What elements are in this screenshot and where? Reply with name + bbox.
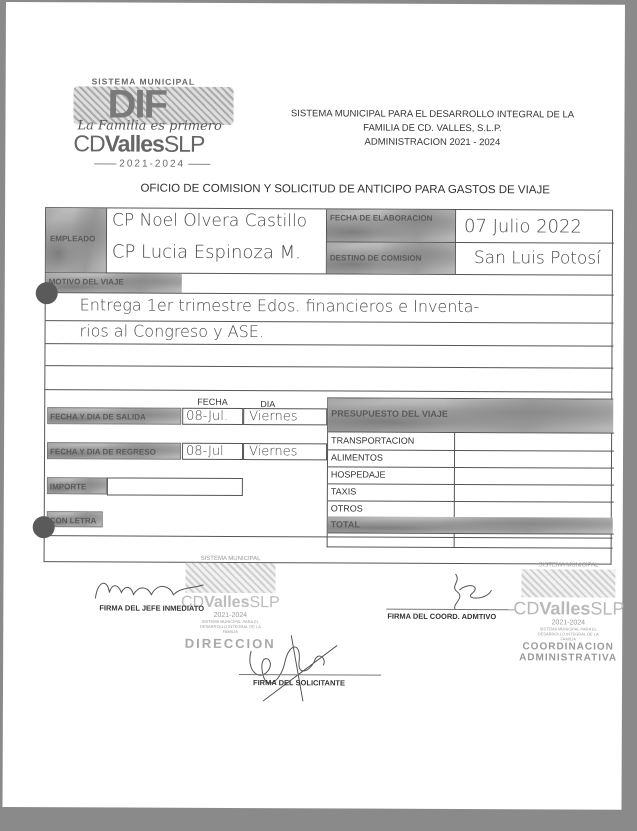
- salida-dia[interactable]: Viernes: [243, 408, 327, 425]
- motivo-section: MOTIVO DEL VIAJE Entrega 1er trimestre E…: [44, 273, 613, 392]
- punch-hole-bottom: [33, 516, 55, 538]
- salida-fecha[interactable]: 08-Jul.: [182, 408, 243, 425]
- motivo-line-2[interactable]: rios al Congreso y ASE.: [80, 321, 264, 341]
- motivo-label: MOTIVO DEL VIAJE: [46, 273, 182, 293]
- regreso-fecha[interactable]: 08-Jul: [182, 443, 243, 460]
- budget-row-label: ALIMENTOS: [331, 452, 383, 462]
- col-fecha-header: FECHA: [197, 397, 228, 407]
- fecha-elaboracion-label: FECHA DE ELABORACION: [327, 209, 455, 242]
- destino-value[interactable]: San Luis Potosí: [474, 248, 601, 269]
- budget-row-label: HOSPEDAJE: [331, 469, 386, 479]
- jefe-signature-label: FIRMA DEL JEFE INMEDIATO: [99, 603, 204, 612]
- org-line-3: ADMINISTRACION 2021 - 2024: [267, 135, 597, 150]
- budget-row-value[interactable]: [456, 502, 612, 518]
- fecha-elaboracion-value[interactable]: 07 Julio 2022: [464, 216, 582, 238]
- importe-field[interactable]: [107, 477, 243, 496]
- total-label: TOTAL: [328, 516, 613, 533]
- budget-row-value[interactable]: [456, 485, 612, 501]
- budget-row-value[interactable]: [456, 468, 612, 484]
- handwritten-signature-icon: [241, 631, 341, 703]
- signature-coord[interactable]: [441, 572, 501, 612]
- regreso-label: FECHA Y DIA DE REGRESO: [47, 442, 181, 460]
- logo-brand: CDVallesSLP: [73, 130, 204, 158]
- travel-section: FECHA DIA FECHA Y DIA DE SALIDA 08-Jul. …: [44, 390, 613, 564]
- signature-jefe[interactable]: [91, 574, 211, 605]
- budget-row-label: TRANSPORTACION: [331, 435, 414, 445]
- document-page: SISTEMA MUNICIPAL DIF La Familia es prim…: [2, 2, 625, 810]
- punch-hole-top: [36, 282, 58, 304]
- budget-row-value[interactable]: [456, 434, 612, 450]
- dif-logo: SISTEMA MUNICIPAL DIF La Familia es prim…: [69, 72, 239, 173]
- handwritten-signature-icon: [91, 574, 211, 605]
- logo-years: 2021-2024: [91, 158, 213, 170]
- budget-table: PRESUPUESTO DEL VIAJE TRANSPORTACIONALIM…: [327, 397, 614, 548]
- solicitante-signature-label: FIRMA DEL SOLICITANTE: [253, 678, 345, 687]
- coord-signature-label: FIRMA DEL COORD. ADMTIVO: [387, 612, 496, 621]
- org-line-1: SISTEMA MUNICIPAL PARA EL DESARROLLO INT…: [267, 107, 597, 122]
- employee-name-2[interactable]: CP Lucia Espinoza M.: [112, 241, 301, 263]
- handwritten-signature-icon: [441, 572, 501, 612]
- con-letra-label: CON LETRA: [47, 511, 103, 527]
- destino-label: DESTINO DE COMISION: [327, 242, 455, 274]
- budget-row-label: TAXIS: [331, 486, 356, 496]
- employee-table: EMPLEADO CP Noel Olvera Castillo CP Luci…: [45, 207, 613, 275]
- employee-name-1[interactable]: CP Noel Olvera Castillo: [112, 210, 307, 231]
- total-value[interactable]: [456, 534, 612, 548]
- budget-title: PRESUPUESTO DEL VIAJE: [328, 398, 613, 432]
- signature-solicitante[interactable]: [241, 631, 341, 703]
- motivo-line-1[interactable]: Entrega 1er trimestre Edos. financieros …: [80, 295, 480, 316]
- employee-label: EMPLEADO: [46, 208, 106, 272]
- budget-row-label: OTROS: [331, 503, 363, 513]
- coordinacion-stamp: SISTEMA MUNICIPAL CDVallesSLP 2021-2024 …: [513, 562, 624, 677]
- salida-label: FECHA Y DIA DE SALIDA: [47, 407, 181, 425]
- form-title: OFICIO DE COMISION Y SOLICITUD DE ANTICI…: [65, 182, 625, 196]
- org-line-2: FAMILIA DE CD. VALLES, S.L.P.: [267, 121, 597, 136]
- organization-header: SISTEMA MUNICIPAL PARA EL DESARROLLO INT…: [267, 107, 597, 150]
- regreso-dia[interactable]: Viernes: [243, 443, 327, 460]
- importe-label: IMPORTE: [47, 477, 107, 494]
- budget-row-value[interactable]: [456, 451, 612, 467]
